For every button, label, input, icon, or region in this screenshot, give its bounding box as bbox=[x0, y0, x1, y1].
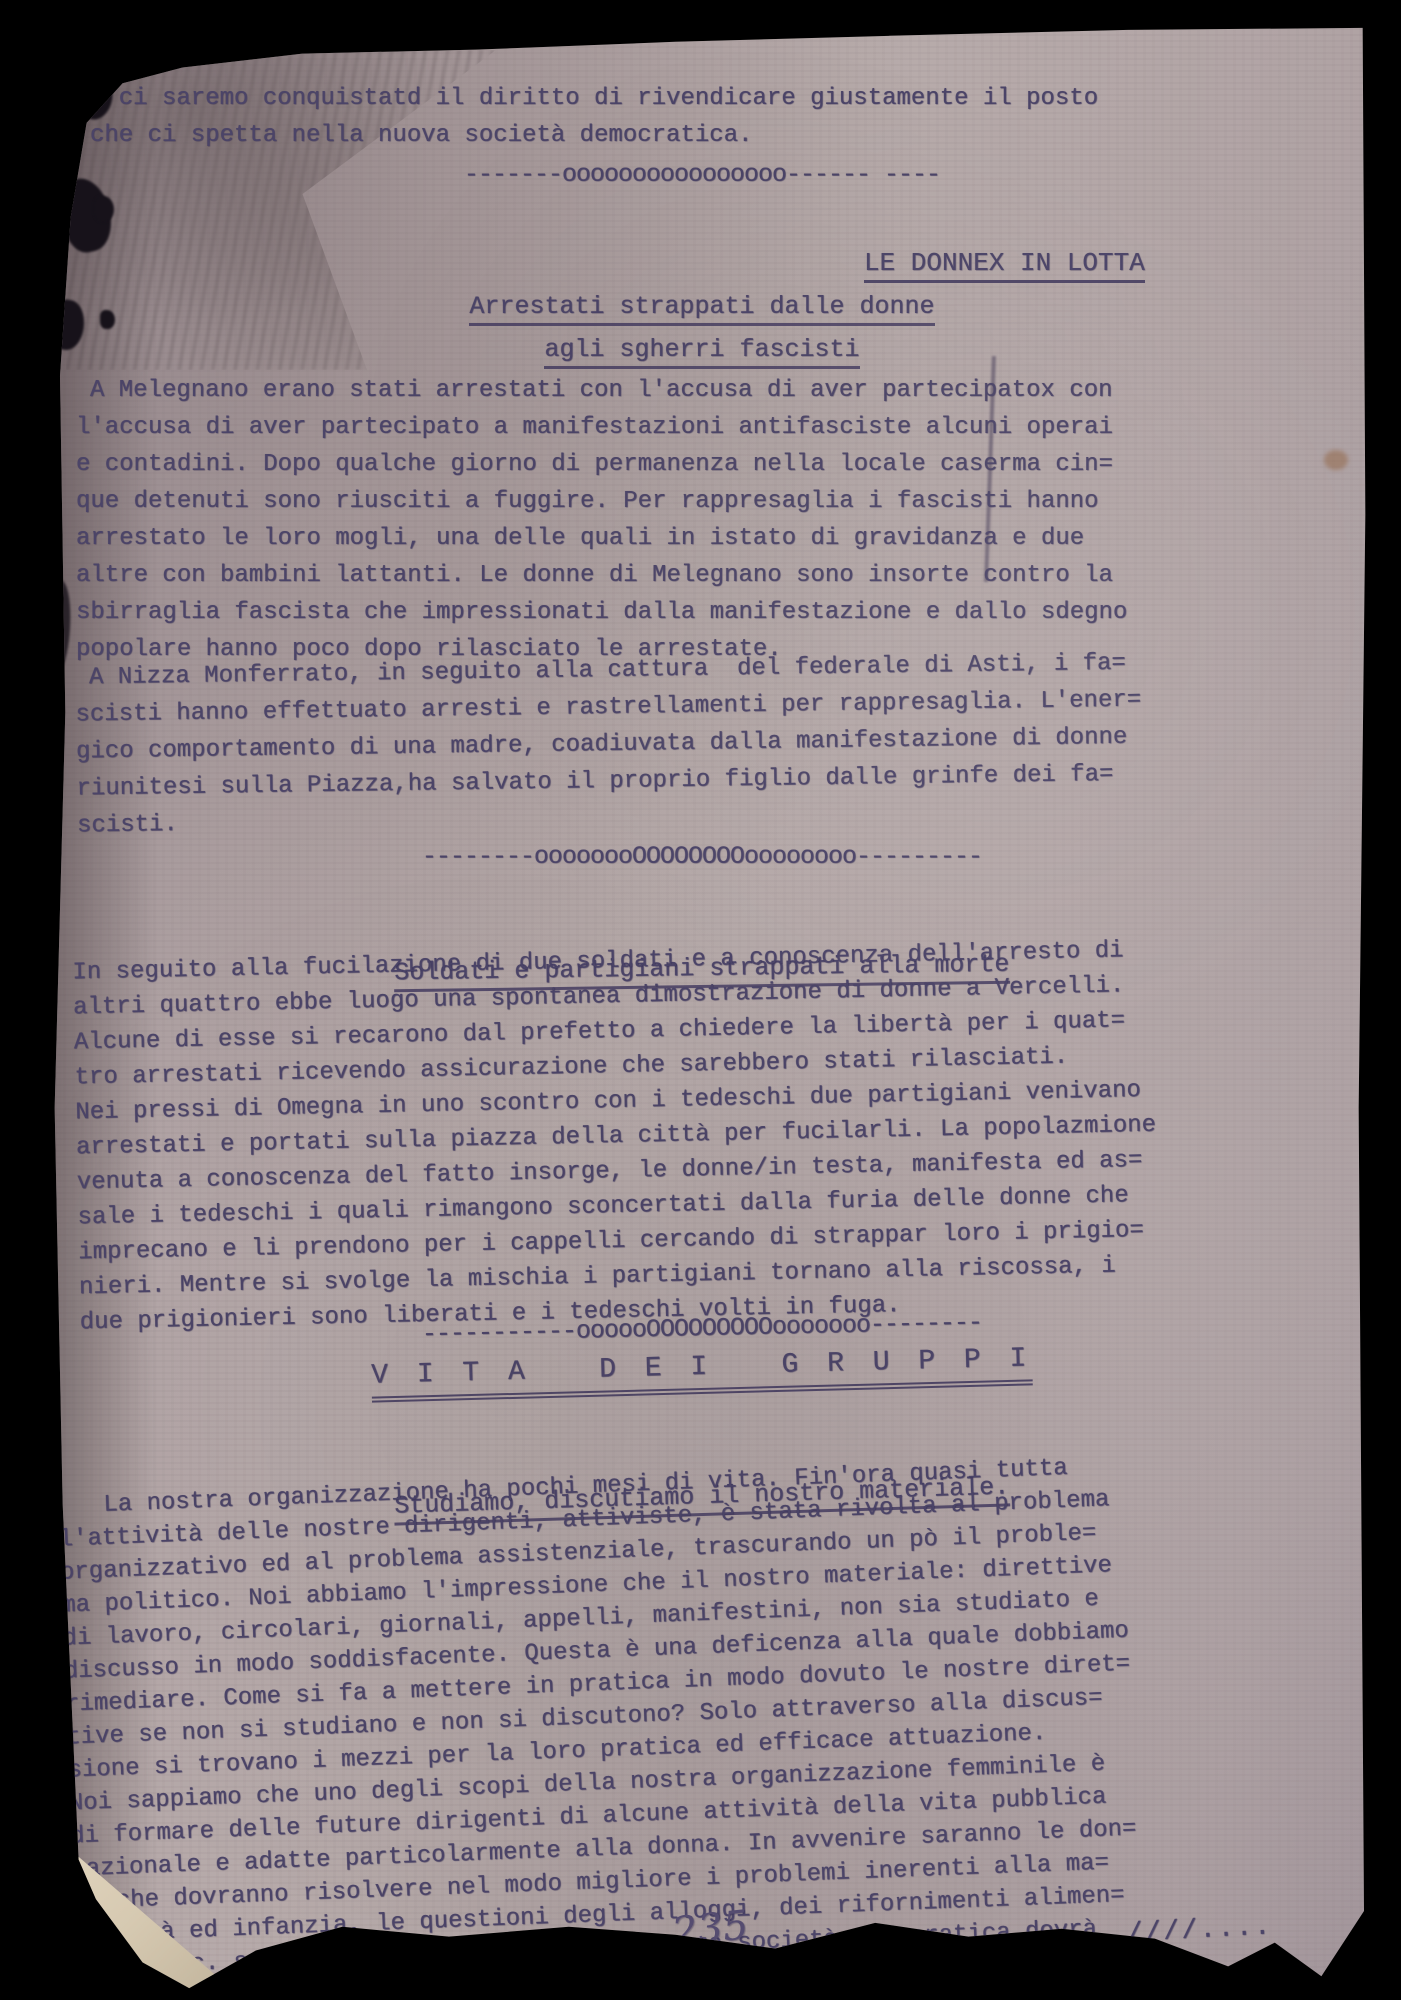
typed-line: che ci spetta nella nuova società democr… bbox=[90, 117, 1098, 154]
paper-sheet: i ci saremo conquistatd il diritto di ri… bbox=[36, 20, 1368, 1998]
ink-blot bbox=[94, 196, 114, 222]
rust-stain bbox=[1324, 450, 1348, 470]
typed-line: arrestato le loro mogli, una delle quali… bbox=[76, 520, 1127, 557]
divider-ornament: --------oooooooOOOOOOOOoooooooo--------- bbox=[36, 842, 1368, 871]
typed-line: A Melegnano erano stati arrestati con l'… bbox=[76, 372, 1127, 409]
paragraph-nizza-monferrato: A Nizza Monferrato, in seguito alla catt… bbox=[75, 645, 1143, 845]
typed-line: l'accusa di aver partecipato a manifesta… bbox=[76, 409, 1127, 446]
paragraph-melegnano: A Melegnano erano stati arrestati con l'… bbox=[76, 372, 1127, 668]
paragraph-vercelli-omegna: In seguito alla fucilazione di due solda… bbox=[72, 933, 1160, 1341]
paragraph-organizzazione: La nostra organizzazione ha pochi mesi d… bbox=[57, 1450, 1141, 1986]
typed-line: agli sgherri fascisti bbox=[544, 335, 859, 369]
scanned-document-page: i ci saremo conquistatd il diritto di ri… bbox=[0, 0, 1401, 2000]
heading-arrestati-strappati: Arrestati strappati dalle donneagli sghe… bbox=[36, 292, 1368, 378]
intro-paragraph: i ci saremo conquistatd il diritto di ri… bbox=[90, 80, 1098, 154]
section-title-vita-dei-gruppi: V I T A D E I G R U P P I bbox=[371, 1343, 1033, 1402]
page-number: 235 bbox=[670, 1902, 751, 1956]
typed-line: i ci saremo conquistatd il diritto di ri… bbox=[90, 80, 1098, 117]
typed-line: e contadini. Dopo qualche giorno di perm… bbox=[76, 446, 1127, 483]
typed-line: altre con bambini lattanti. Le donne di … bbox=[76, 557, 1127, 594]
typed-line: sbirraglia fascista che impressionati da… bbox=[76, 594, 1127, 631]
typed-line: Arrestati strappati dalle donne bbox=[469, 292, 934, 326]
section-kicker-le-donne-in-lotta: LE DONNEX IN LOTTA bbox=[864, 248, 1145, 283]
divider-ornament: -------oooooooooooooooo------ ---- bbox=[36, 160, 1368, 189]
typed-line: que detenuti sono riusciti a fuggire. Pe… bbox=[76, 483, 1127, 520]
